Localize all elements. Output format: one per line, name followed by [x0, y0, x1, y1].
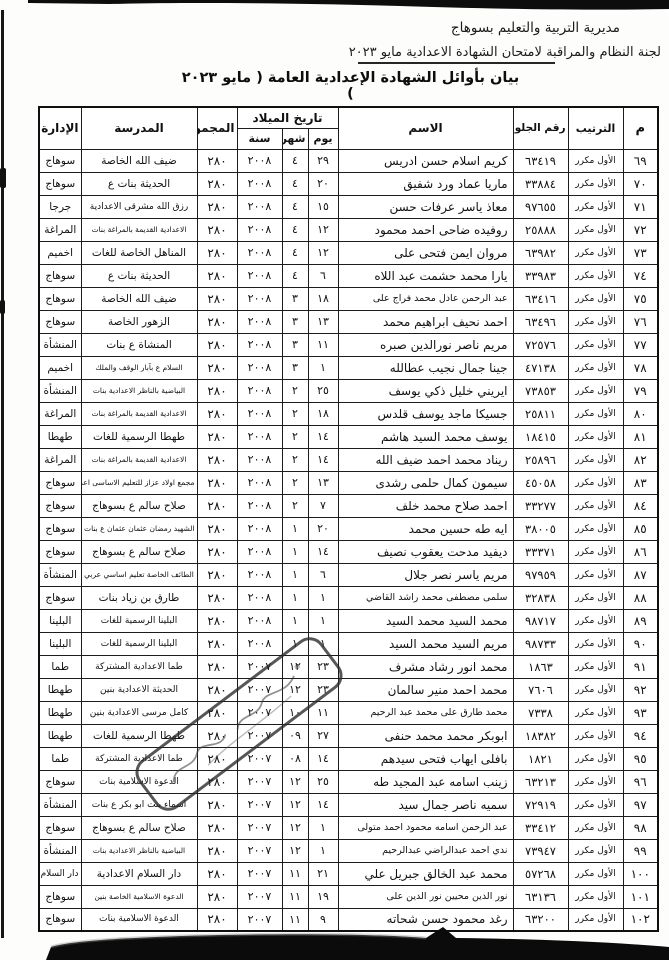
- cell-admin: اخميم: [39, 241, 81, 264]
- cell-birth-day: ٢١: [308, 862, 338, 885]
- cell-name: جسيكا ماجد يوسف قلدس: [338, 402, 513, 425]
- table-row: ٨٣ الأول مكرر ٤٥٠٥٨ سيمون كمال حلمى رشدى…: [39, 471, 658, 494]
- cell-birth-month: ٤: [282, 218, 308, 241]
- cell-birth-day: ٢٠: [308, 172, 338, 195]
- col-header-serial: م: [623, 107, 658, 149]
- cell-birth-day: ١٣: [308, 471, 338, 494]
- cell-birth-year: ٢٠٠٨: [237, 218, 282, 241]
- results-table-container: م الترتيب رقم الجلوس الاسم تاريخ الميلاد…: [38, 106, 659, 932]
- cell-name: محمد احمد منير سالمان: [338, 678, 513, 701]
- cell-birth-day: ١٤: [308, 540, 338, 563]
- table-row: ٩٦ الأول مكرر ٦٣٢١٣ زينب اسامه عبد المجي…: [39, 770, 658, 793]
- cell-rank: الأول مكرر: [568, 862, 623, 885]
- cell-rank: الأول مكرر: [568, 885, 623, 908]
- cell-birth-month: ٣: [282, 287, 308, 310]
- cell-birth-month: ٤: [282, 195, 308, 218]
- cell-serial: ٨٤: [623, 494, 658, 517]
- cell-admin: المنشأة: [39, 333, 81, 356]
- cell-seat-number: ٩٧٦٥٥: [513, 195, 568, 218]
- col-header-admin: الإدارة: [39, 107, 81, 149]
- cell-birth-month: ١: [282, 632, 308, 655]
- cell-serial: ١٠١: [623, 885, 658, 908]
- cell-total-score: ٢٨٠: [197, 333, 237, 356]
- cell-seat-number: ٧٣٨٥٣: [513, 379, 568, 402]
- cell-serial: ١٠٠: [623, 862, 658, 885]
- cell-birth-year: ٢٠٠٨: [237, 149, 282, 172]
- cell-birth-day: ٦: [308, 264, 338, 287]
- cell-total-score: ٢٨٠: [197, 609, 237, 632]
- cell-birth-year: ٢٠٠٨: [237, 632, 282, 655]
- cell-rank: الأول مكرر: [568, 241, 623, 264]
- cell-school: الاعدادية القديمة بالمراغة بنات: [81, 448, 197, 471]
- cell-serial: ٨١: [623, 425, 658, 448]
- cell-rank: الأول مكرر: [568, 655, 623, 678]
- cell-name: زينب اسامه عبد المجيد طه: [338, 770, 513, 793]
- table-body: ٦٩ الأول مكرر ٦٣٤١٩ كريم اسلام حسن ادريس…: [39, 149, 658, 931]
- cell-admin: البلينا: [39, 632, 81, 655]
- cell-total-score: ٢٨٠: [197, 425, 237, 448]
- cell-birth-year: ٢٠٠٧: [237, 701, 282, 724]
- cell-serial: ٧٧: [623, 333, 658, 356]
- cell-seat-number: ٦٣٤١٦: [513, 287, 568, 310]
- cell-admin: سوهاج: [39, 264, 81, 287]
- cell-birth-month: ٢: [282, 379, 308, 402]
- table-row: ٩١ الأول مكرر ١٨٦٣ محمد انور رشاد مشرف ٢…: [39, 655, 658, 678]
- table-row: ٨٤ الأول مكرر ٣٣٢٧٧ احمد صلاح محمد خلف ٧…: [39, 494, 658, 517]
- cell-birth-day: ٢٥: [308, 770, 338, 793]
- cell-name: عبد الرحمن اسامه محمود احمد متولى: [338, 816, 513, 839]
- cell-admin: المنشأة: [39, 793, 81, 816]
- scan-left-mark: [0, 168, 6, 188]
- cell-rank: الأول مكرر: [568, 793, 623, 816]
- cell-seat-number: ٣٣٩٨٣: [513, 264, 568, 287]
- scan-bottom-edge: [0, 924, 669, 960]
- cell-school: طهطا الرسمية للغات: [81, 724, 197, 747]
- cell-admin: طما: [39, 655, 81, 678]
- cell-birth-month: ١١: [282, 862, 308, 885]
- cell-rank: الأول مكرر: [568, 471, 623, 494]
- cell-school: البياضية بالناظر الاعدادية بنات: [81, 379, 197, 402]
- cell-seat-number: ٦٣١٣٦: [513, 885, 568, 908]
- cell-birth-year: ٢٠٠٨: [237, 517, 282, 540]
- cell-seat-number: ٤٧١٣٨: [513, 356, 568, 379]
- cell-birth-month: ٠٨: [282, 747, 308, 770]
- cell-school: صلاح سالم ع بسوهاج: [81, 540, 197, 563]
- cell-rank: الأول مكرر: [568, 494, 623, 517]
- cell-rank: الأول مكرر: [568, 724, 623, 747]
- cell-birth-year: ٢٠٠٨: [237, 264, 282, 287]
- cell-birth-day: ١٤: [308, 793, 338, 816]
- cell-name: ندي احمد عبدالراضي عبدالرحيم: [338, 839, 513, 862]
- cell-school: الطائف الخاصة تعليم اساسي عربي: [81, 563, 197, 586]
- cell-rank: الأول مكرر: [568, 356, 623, 379]
- cell-school: طارق بن زياد بنات: [81, 586, 197, 609]
- cell-birth-month: ٢: [282, 471, 308, 494]
- cell-admin: سوهاج: [39, 816, 81, 839]
- cell-total-score: ٢٨٠: [197, 540, 237, 563]
- cell-name: احمد نحيف ابراهيم محمد: [338, 310, 513, 333]
- cell-name: سميه ناصر جمال سيد: [338, 793, 513, 816]
- cell-seat-number: ٣٣٤١٢: [513, 816, 568, 839]
- cell-seat-number: ١٨٣٨٢: [513, 724, 568, 747]
- cell-school: ضيف الله الخاصة: [81, 287, 197, 310]
- cell-name: احمد صلاح محمد خلف: [338, 494, 513, 517]
- cell-birth-year: ٢٠٠٨: [237, 448, 282, 471]
- cell-admin: دار السلام: [39, 862, 81, 885]
- cell-birth-day: ١: [308, 586, 338, 609]
- cell-name: محمد عبد الخالق جبريل علي: [338, 862, 513, 885]
- cell-birth-day: ٧: [308, 494, 338, 517]
- cell-admin: طما: [39, 747, 81, 770]
- cell-serial: ٧٨: [623, 356, 658, 379]
- cell-birth-month: ١١: [282, 885, 308, 908]
- table-row: ٧٠ الأول مكرر ٣٣٨٨٤ ماريا عماد ورد شفيق …: [39, 172, 658, 195]
- cell-serial: ٩٢: [623, 678, 658, 701]
- cell-serial: ٧٥: [623, 287, 658, 310]
- cell-birth-month: ١٢: [282, 770, 308, 793]
- cell-total-score: ٢٨٠: [197, 241, 237, 264]
- table-row: ٨١ الأول مكرر ١٨٤١٥ يوسف محمد السيد هاشم…: [39, 425, 658, 448]
- cell-name: محمد انور رشاد مشرف: [338, 655, 513, 678]
- cell-total-score: ٢٨٠: [197, 494, 237, 517]
- cell-birth-day: ١٤: [308, 448, 338, 471]
- table-header: م الترتيب رقم الجلوس الاسم تاريخ الميلاد…: [39, 107, 658, 149]
- cell-total-score: ٢٨٠: [197, 310, 237, 333]
- cell-name: ماريا عماد ورد شفيق: [338, 172, 513, 195]
- cell-rank: الأول مكرر: [568, 609, 623, 632]
- cell-school: الدعوة الاسلامية بنات: [81, 770, 197, 793]
- scan-top-edge: [0, 0, 669, 12]
- table-row: ٨٧ الأول مكرر ٩٧٩٥٩ مريم ياسر نصر جلال ٦…: [39, 563, 658, 586]
- cell-birth-year: ٢٠٠٧: [237, 839, 282, 862]
- cell-rank: الأول مكرر: [568, 448, 623, 471]
- cell-rank: الأول مكرر: [568, 517, 623, 540]
- cell-serial: ٩٧: [623, 793, 658, 816]
- cell-total-score: ٢٨٠: [197, 563, 237, 586]
- table-row: ٩٢ الأول مكرر ٧٦٠٦ محمد احمد منير سالمان…: [39, 678, 658, 701]
- cell-birth-day: ١٢: [308, 218, 338, 241]
- cell-total-score: ٢٨٠: [197, 517, 237, 540]
- cell-birth-day: ١: [308, 632, 338, 655]
- cell-admin: طهطا: [39, 425, 81, 448]
- cell-name: محمد السيد محمد السيد: [338, 609, 513, 632]
- cell-birth-day: ٦: [308, 563, 338, 586]
- cell-birth-day: ١٤: [308, 747, 338, 770]
- cell-birth-year: ٢٠٠٨: [237, 379, 282, 402]
- cell-school: الدعوة الاسلامية الخاصة بنين: [81, 885, 197, 908]
- cell-admin: سوهاج: [39, 310, 81, 333]
- cell-school: دار السلام الاعدادية: [81, 862, 197, 885]
- cell-birth-year: ٢٠٠٧: [237, 862, 282, 885]
- cell-school: الاعدادية القديمة بالمراغة بنات: [81, 218, 197, 241]
- cell-birth-day: ١٢: [308, 241, 338, 264]
- cell-name: عبد الرحمن عادل محمد فراج على: [338, 287, 513, 310]
- cell-seat-number: ٣٣٨٨٤: [513, 172, 568, 195]
- cell-school: صلاح سالم ع بسوهاج: [81, 816, 197, 839]
- table-row: ٧٣ الأول مكرر ٦٣٩٨٢ مروان ايمن فتحى على …: [39, 241, 658, 264]
- cell-total-score: ٢٨٠: [197, 379, 237, 402]
- cell-admin: المنشأة: [39, 379, 81, 402]
- cell-serial: ٧٤: [623, 264, 658, 287]
- cell-admin: المراغة: [39, 402, 81, 425]
- cell-seat-number: ٢٥٨٩٦: [513, 448, 568, 471]
- cell-serial: ٧٠: [623, 172, 658, 195]
- cell-total-score: ٢٨٠: [197, 793, 237, 816]
- cell-serial: ٨٧: [623, 563, 658, 586]
- cell-name: جينا جمال نجيب عطالله: [338, 356, 513, 379]
- cell-rank: الأول مكرر: [568, 839, 623, 862]
- cell-birth-month: ٢: [282, 448, 308, 471]
- table-row: ٩٣ الأول مكرر ٧٣٣٨ محمد طارق على محمد عب…: [39, 701, 658, 724]
- cell-birth-year: ٢٠٠٨: [237, 195, 282, 218]
- cell-total-score: ٢٨٠: [197, 149, 237, 172]
- cell-seat-number: ٢٥٨١١: [513, 402, 568, 425]
- col-header-birthdate: تاريخ الميلاد: [237, 107, 338, 128]
- cell-rank: الأول مكرر: [568, 172, 623, 195]
- cell-seat-number: ٤٥٠٥٨: [513, 471, 568, 494]
- scanned-document-page: مديرية التربية والتعليم بسوهاج لجنة النظ…: [0, 0, 669, 960]
- cell-total-score: ٢٨٠: [197, 724, 237, 747]
- cell-birth-month: ١: [282, 540, 308, 563]
- cell-serial: ٦٩: [623, 149, 658, 172]
- cell-birth-year: ٢٠٠٨: [237, 241, 282, 264]
- cell-birth-month: ١: [282, 563, 308, 586]
- cell-birth-year: ٢٠٠٨: [237, 609, 282, 632]
- cell-birth-day: ١٤: [308, 425, 338, 448]
- cell-name: يوسف محمد السيد هاشم: [338, 425, 513, 448]
- table-row: ٩٤ الأول مكرر ١٨٣٨٢ ابوبكر محمد محمد حنف…: [39, 724, 658, 747]
- cell-birth-day: ١٥: [308, 195, 338, 218]
- cell-seat-number: ٣٨٠٠٥: [513, 517, 568, 540]
- col-header-school: المدرسة: [81, 107, 197, 149]
- cell-serial: ٩٤: [623, 724, 658, 747]
- cell-birth-year: ٢٠٠٨: [237, 287, 282, 310]
- cell-name: يارا محمد حشمت عبد اللاه: [338, 264, 513, 287]
- cell-seat-number: ٦٣٢١٣: [513, 770, 568, 793]
- cell-name: مريم ناصر نورالدين صبره: [338, 333, 513, 356]
- table-row: ١٠١ الأول مكرر ٦٣١٣٦ نور الدين محيين نور…: [39, 885, 658, 908]
- col-header-rank: الترتيب: [568, 107, 623, 149]
- cell-serial: ٩٩: [623, 839, 658, 862]
- cell-birth-year: ٢٠٠٧: [237, 885, 282, 908]
- cell-school: الحديثة بنات ع: [81, 172, 197, 195]
- cell-school: مجمع اولاد عزاز للتعليم الاساسى اعدادى: [81, 471, 197, 494]
- cell-rank: الأول مكرر: [568, 770, 623, 793]
- cell-rank: الأول مكرر: [568, 563, 623, 586]
- cell-rank: الأول مكرر: [568, 402, 623, 425]
- cell-birth-year: ٢٠٠٧: [237, 747, 282, 770]
- cell-admin: المراغة: [39, 218, 81, 241]
- cell-birth-month: ١٢: [282, 793, 308, 816]
- cell-serial: ٩١: [623, 655, 658, 678]
- cell-rank: الأول مكرر: [568, 287, 623, 310]
- cell-serial: ٧٩: [623, 379, 658, 402]
- cell-seat-number: ٧٦٠٦: [513, 678, 568, 701]
- cell-birth-day: ٢٠: [308, 517, 338, 540]
- cell-name: سيمون كمال حلمى رشدى: [338, 471, 513, 494]
- cell-serial: ٨٥: [623, 517, 658, 540]
- cell-admin: طهطا: [39, 701, 81, 724]
- cell-name: بافلى ايهاب فتحى سيدهم: [338, 747, 513, 770]
- cell-admin: سوهاج: [39, 586, 81, 609]
- table-row: ٨٥ الأول مكرر ٣٨٠٠٥ ايه طه حسين محمد ٢٠ …: [39, 517, 658, 540]
- cell-admin: سوهاج: [39, 149, 81, 172]
- cell-seat-number: ٩٨٧١٧: [513, 609, 568, 632]
- cell-rank: الأول مكرر: [568, 816, 623, 839]
- cell-total-score: ٢٨٠: [197, 471, 237, 494]
- cell-birth-day: ١: [308, 839, 338, 862]
- cell-name: محمد طارق على محمد عبد الرحيم: [338, 701, 513, 724]
- cell-birth-month: ١: [282, 586, 308, 609]
- cell-school: السلام ع بآبار الوقف والملك: [81, 356, 197, 379]
- results-table: م الترتيب رقم الجلوس الاسم تاريخ الميلاد…: [38, 106, 659, 932]
- cell-name: مريم ياسر نصر جلال: [338, 563, 513, 586]
- cell-serial: ٩٣: [623, 701, 658, 724]
- cell-admin: سوهاج: [39, 540, 81, 563]
- cell-seat-number: ٩٧٩٥٩: [513, 563, 568, 586]
- cell-seat-number: ٥٧٢٦٨: [513, 862, 568, 885]
- cell-serial: ٩٨: [623, 816, 658, 839]
- cell-serial: ٨٠: [623, 402, 658, 425]
- col-header-seat: رقم الجلوس: [513, 107, 568, 149]
- cell-seat-number: ٧٣٩٤٧: [513, 839, 568, 862]
- cell-birth-day: ١٨: [308, 287, 338, 310]
- table-row: ١٠٠ الأول مكرر ٥٧٢٦٨ محمد عبد الخالق جبر…: [39, 862, 658, 885]
- cell-rank: الأول مكرر: [568, 540, 623, 563]
- table-row: ٩٧ الأول مكرر ٧٢٩١٩ سميه ناصر جمال سيد ١…: [39, 793, 658, 816]
- cell-birth-day: ٢٧: [308, 724, 338, 747]
- cell-birth-year: ٢٠٠٨: [237, 425, 282, 448]
- cell-seat-number: ١٨٦٣: [513, 655, 568, 678]
- cell-school: الشهيد رمضان عثمان عثمان ع بنات بقلاو: [81, 517, 197, 540]
- cell-birth-day: ١: [308, 356, 338, 379]
- table-row: ٩٠ الأول مكرر ٩٨٧٣٣ مريم السيد محمد السي…: [39, 632, 658, 655]
- scan-left-mark: [0, 300, 5, 314]
- cell-total-score: ٢٨٠: [197, 402, 237, 425]
- cell-admin: المنشأة: [39, 839, 81, 862]
- cell-school: ضيف الله الخاصة: [81, 149, 197, 172]
- cell-birth-month: ٤: [282, 172, 308, 195]
- cell-total-score: ٢٨٠: [197, 586, 237, 609]
- cell-birth-month: ٢: [282, 494, 308, 517]
- cell-school: الاعدادية القديمة بالمراغة بنات: [81, 402, 197, 425]
- cell-rank: الأول مكرر: [568, 149, 623, 172]
- table-row: ٨٦ الأول مكرر ٣٣٣٧١ ديفيد مدحت يعقوب نصي…: [39, 540, 658, 563]
- committee-title: لجنة النظام والمراقبة لامتحان الشهادة ال…: [349, 45, 661, 60]
- cell-birth-month: ٣: [282, 310, 308, 333]
- cell-rank: الأول مكرر: [568, 333, 623, 356]
- cell-birth-month: ٤: [282, 241, 308, 264]
- cell-birth-day: ١: [308, 609, 338, 632]
- cell-name: ديفيد مدحت يعقوب نصيف: [338, 540, 513, 563]
- cell-seat-number: ٢٥٨٨٨: [513, 218, 568, 241]
- cell-rank: الأول مكرر: [568, 701, 623, 724]
- cell-birth-year: ٢٠٠٨: [237, 310, 282, 333]
- cell-total-score: ٢٨٠: [197, 770, 237, 793]
- cell-birth-year: ٢٠٠٨: [237, 402, 282, 425]
- cell-birth-day: ٢٣: [308, 678, 338, 701]
- cell-total-score: ٢٨٠: [197, 839, 237, 862]
- cell-admin: البلينا: [39, 609, 81, 632]
- cell-name: ريناد محمد احمد ضيف الله: [338, 448, 513, 471]
- cell-birth-year: ٢٠٠٨: [237, 586, 282, 609]
- cell-rank: الأول مكرر: [568, 218, 623, 241]
- cell-birth-year: ٢٠٠٧: [237, 793, 282, 816]
- cell-serial: ٧١: [623, 195, 658, 218]
- cell-birth-day: ٢٩: [308, 149, 338, 172]
- table-row: ٧٢ الأول مكرر ٢٥٨٨٨ روفيده ضاحى احمد محم…: [39, 218, 658, 241]
- table-row: ٧١ الأول مكرر ٩٧٦٥٥ معاذ ياسر عرفات حسن …: [39, 195, 658, 218]
- cell-rank: الأول مكرر: [568, 632, 623, 655]
- cell-total-score: ٢٨٠: [197, 747, 237, 770]
- cell-serial: ٨٣: [623, 471, 658, 494]
- cell-birth-year: ٢٠٠٨: [237, 563, 282, 586]
- cell-school: طما الاعدادية المشتركة: [81, 747, 197, 770]
- cell-name: ايريني خليل ذكي يوسف: [338, 379, 513, 402]
- cell-school: اسماء بنت ابو بكر ع بنات: [81, 793, 197, 816]
- cell-admin: طهطا: [39, 678, 81, 701]
- table-row: ٧٦ الأول مكرر ٦٣٤٩٦ احمد نحيف ابراهيم مح…: [39, 310, 658, 333]
- cell-birth-day: ٢٣: [308, 655, 338, 678]
- cell-birth-day: ١٣: [308, 310, 338, 333]
- table-row: ٦٩ الأول مكرر ٦٣٤١٩ كريم اسلام حسن ادريس…: [39, 149, 658, 172]
- cell-total-score: ٢٨٠: [197, 218, 237, 241]
- cell-birth-month: ٣: [282, 356, 308, 379]
- table-row: ٨٢ الأول مكرر ٢٥٨٩٦ ريناد محمد احمد ضيف …: [39, 448, 658, 471]
- cell-school: البلينا الرسمية للغات: [81, 632, 197, 655]
- cell-seat-number: ٧٣٣٨: [513, 701, 568, 724]
- cell-name: كريم اسلام حسن ادريس: [338, 149, 513, 172]
- table-row: ٧٧ الأول مكرر ٧٢٥٧٦ مريم ناصر نورالدين ص…: [39, 333, 658, 356]
- cell-birth-month: ٣: [282, 333, 308, 356]
- cell-birth-day: ١٩: [308, 885, 338, 908]
- cell-rank: الأول مكرر: [568, 310, 623, 333]
- cell-total-score: ٢٨٠: [197, 816, 237, 839]
- cell-school: الحديثة الاعدادية بنين: [81, 678, 197, 701]
- cell-serial: ٩٦: [623, 770, 658, 793]
- cell-birth-month: ٢: [282, 425, 308, 448]
- cell-school: البياضية بالناظر الاعدادية بنات: [81, 839, 197, 862]
- cell-admin: طهطا: [39, 724, 81, 747]
- cell-name: ايه طه حسين محمد: [338, 517, 513, 540]
- cell-serial: ٧٣: [623, 241, 658, 264]
- col-header-day: يوم: [308, 128, 338, 149]
- cell-birth-year: ٢٠٠٨: [237, 333, 282, 356]
- cell-total-score: ٢٨٠: [197, 701, 237, 724]
- cell-admin: سوهاج: [39, 770, 81, 793]
- cell-seat-number: ٣٣٣٧١: [513, 540, 568, 563]
- cell-birth-day: ١١: [308, 701, 338, 724]
- cell-school: المناهل الخاصة للغات: [81, 241, 197, 264]
- cell-admin: سوهاج: [39, 494, 81, 517]
- col-header-name: الاسم: [338, 107, 513, 149]
- cell-school: الزهور الخاصة: [81, 310, 197, 333]
- table-row: ٧٩ الأول مكرر ٧٣٨٥٣ ايريني خليل ذكي يوسف…: [39, 379, 658, 402]
- cell-admin: سوهاج: [39, 172, 81, 195]
- table-row: ٩٨ الأول مكرر ٣٣٤١٢ عبد الرحمن اسامه محم…: [39, 816, 658, 839]
- cell-serial: ٩٥: [623, 747, 658, 770]
- cell-total-score: ٢٨٠: [197, 632, 237, 655]
- cell-rank: الأول مكرر: [568, 379, 623, 402]
- cell-total-score: ٢٨٠: [197, 655, 237, 678]
- cell-rank: الأول مكرر: [568, 678, 623, 701]
- cell-rank: الأول مكرر: [568, 425, 623, 448]
- table-row: ٩٩ الأول مكرر ٧٣٩٤٧ ندي احمد عبدالراضي ع…: [39, 839, 658, 862]
- cell-total-score: ٢٨٠: [197, 172, 237, 195]
- cell-admin: المنشأة: [39, 563, 81, 586]
- cell-birth-month: ١٢: [282, 655, 308, 678]
- cell-rank: الأول مكرر: [568, 586, 623, 609]
